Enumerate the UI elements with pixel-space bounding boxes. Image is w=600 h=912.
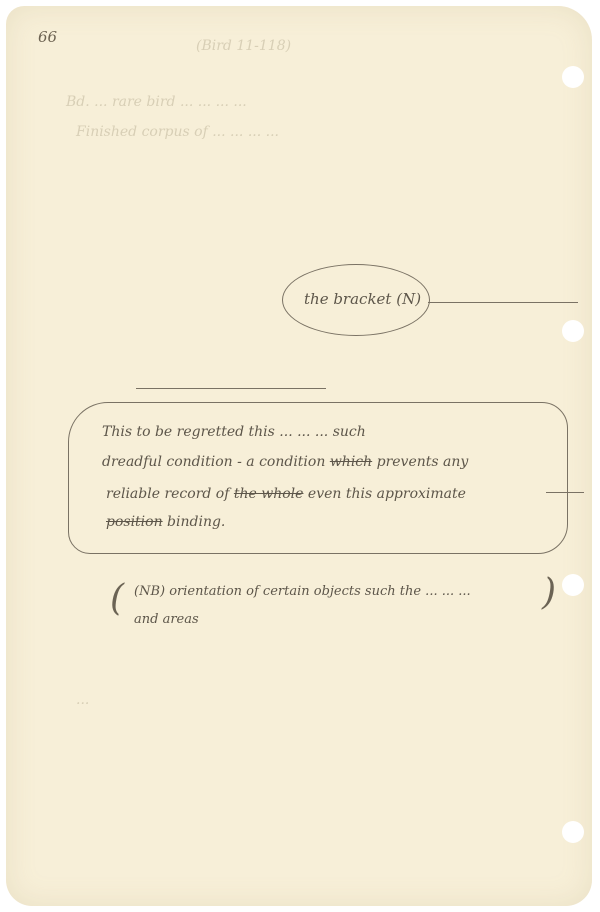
leader-line xyxy=(136,388,326,389)
oval-label: the bracket (N) xyxy=(304,290,421,308)
faint-line: ... xyxy=(76,686,89,714)
manuscript-page: 66 (Bird 11-118) Bd. ... rare bird ... .… xyxy=(6,6,592,906)
binder-hole xyxy=(562,821,584,843)
note-line: This to be regretted this ... ... ... su… xyxy=(102,424,366,440)
leader-line xyxy=(428,302,578,303)
page-number: 66 xyxy=(38,28,57,46)
binder-hole xyxy=(562,574,584,596)
note-line: dreadful condition - a condition which p… xyxy=(102,454,468,470)
faint-line: Bd. ... rare bird ... ... ... ... xyxy=(66,88,247,116)
paren-note-line: and areas xyxy=(134,612,199,627)
note-line: reliable record of the whole even this a… xyxy=(106,486,466,502)
paren-note-line: (NB) orientation of certain objects such… xyxy=(134,584,471,599)
binder-hole xyxy=(562,66,584,88)
binder-hole xyxy=(562,320,584,342)
header-faint: (Bird 11-118) xyxy=(196,32,291,60)
note-line: position binding. xyxy=(106,514,225,530)
leader-line xyxy=(546,492,584,493)
open-paren: ( xyxy=(110,578,124,619)
close-paren: ) xyxy=(542,572,556,613)
faint-line: Finished corpus of ... ... ... ... xyxy=(76,118,279,146)
